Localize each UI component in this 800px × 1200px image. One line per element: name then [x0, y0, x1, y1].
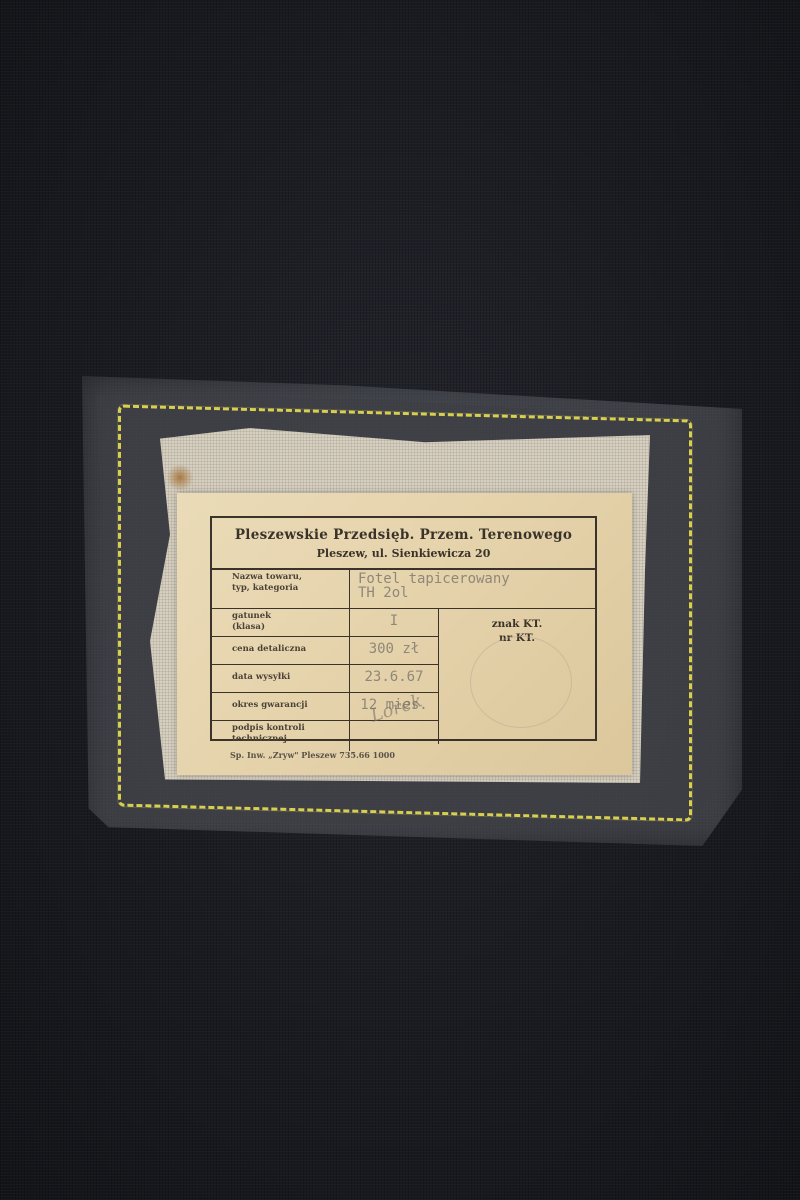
field-label: cena detaliczna — [212, 637, 350, 664]
date-value: 23.6.67 — [350, 665, 438, 692]
field-label: technicznej — [232, 734, 349, 745]
field-inspection-signature: podpis kontroli technicznej — [212, 721, 438, 751]
field-product-name: Nazwa towaru, typ, kategoria Fotel tapic… — [212, 570, 595, 609]
field-label: data wysyłki — [212, 665, 350, 692]
field-label: Nazwa towaru, — [232, 572, 349, 583]
faded-stamp-seal — [470, 636, 572, 728]
grade-value: I — [350, 609, 438, 636]
field-label: podpis kontroli — [232, 723, 349, 734]
field-label: gatunek — [232, 611, 349, 622]
field-shipping-date: data wysyłki 23.6.67 — [212, 665, 438, 693]
price-value: 300 zł — [350, 637, 438, 664]
field-retail-price: cena detaliczna 300 zł — [212, 637, 438, 665]
label-header: Pleszewskie Przedsięb. Przem. Terenowego… — [212, 518, 595, 570]
company-address: Pleszew, ul. Sienkiewicza 20 — [212, 547, 595, 560]
field-grade: gatunek (klasa) I — [212, 609, 438, 637]
product-name-value: Fotel tapicerowany — [358, 572, 510, 586]
product-type-value: TH 2ol — [358, 586, 510, 600]
signature-value — [350, 721, 438, 751]
printer-imprint: Sp. Inw. „Zryw" Pleszew 735.66 1000 — [230, 750, 395, 760]
field-label: typ, kategoria — [232, 583, 349, 594]
quality-mark-label: znak KT. — [439, 617, 595, 631]
field-label: (klasa) — [232, 622, 349, 633]
company-name: Pleszewskie Przedsięb. Przem. Terenowego — [212, 518, 595, 543]
field-label: okres gwarancji — [212, 693, 350, 720]
